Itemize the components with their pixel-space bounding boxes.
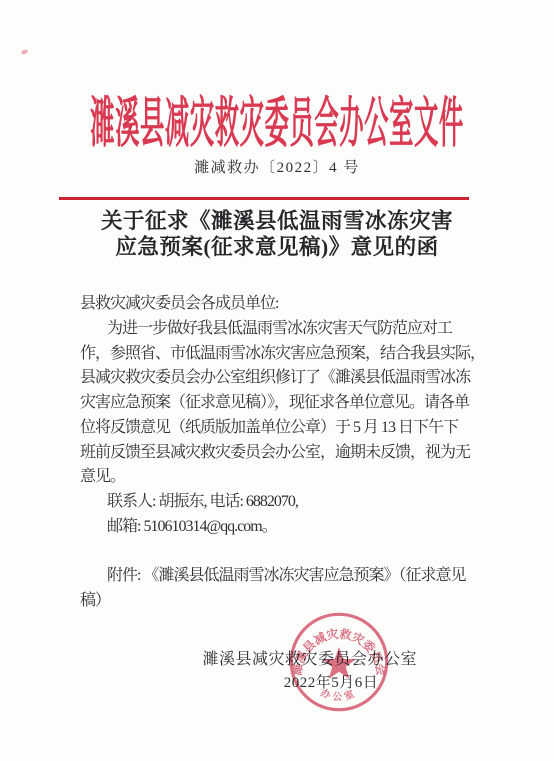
scan-artifact-speck — [21, 49, 29, 55]
paragraph-line: 班前反馈至县减灾救灾委员会办公室，逾期未反馈，视为无 — [80, 441, 464, 466]
document-body: 县救灾减灾委员会各成员单位: 为进一步做好我县低温雨雪冰冻灾害天气防范应对工 作… — [80, 292, 464, 614]
attachment-line-2: 稿） — [80, 589, 464, 614]
document-number: 濉减救办〔2022〕4 号 — [0, 156, 554, 177]
document-page: 濉溪县减灾救灾委员会办公室文件 濉减救办〔2022〕4 号 关于征求《濉溪县低温… — [0, 0, 554, 761]
official-seal-stamp: 濉溪县减灾救灾委员会 办公室 — [286, 609, 392, 715]
contact-info: 联系人: 胡振东, 电话: 6882070, 邮箱: 510610314@qq.… — [80, 490, 464, 540]
document-subject: 关于征求《濉溪县低温雨雪冰冻灾害 应急预案(征求意见稿)》意见的函 — [7, 208, 547, 260]
attachment-note: 附件: 《濉溪县低温雨雪冰冻灾害应急预案》（征求意见 稿） — [80, 564, 464, 614]
contact-person-phone: 联系人: 胡振东, 电话: 6882070, — [80, 490, 464, 515]
seal-bottom-text: 办公室 — [319, 686, 359, 703]
main-paragraph: 为进一步做好我县低温雨雪冰冻灾害天气防范应对工 作，参照省、市低温雨雪冰冻灾害应… — [80, 317, 464, 490]
salutation: 县救灾减灾委员会各成员单位: — [80, 292, 464, 317]
paragraph-line: 县减灾救灾委员会办公室组织修订了《濉溪县低温雨雪冰冻 — [80, 366, 464, 391]
paragraph-line: 灾害应急预案（征求意见稿）》，现征求各单位意见。请各单 — [80, 391, 464, 416]
contact-email: 邮箱: 510610314@qq.com。 — [80, 515, 464, 540]
paragraph-line: 意见。 — [80, 465, 464, 490]
red-divider-line — [59, 197, 469, 200]
paragraph-line: 为进一步做好我县低温雨雪冰冻灾害天气防范应对工 — [80, 317, 464, 342]
paragraph-line: 作，参照省、市低温雨雪冰冻灾害应急预案，结合我县实际， — [80, 342, 464, 367]
subject-line-2: 应急预案(征求意见稿)》意见的函 — [7, 234, 547, 260]
subject-line-1: 关于征求《濉溪县低温雨雪冰冻灾害 — [7, 208, 547, 234]
seal-star-icon — [322, 647, 356, 679]
paragraph-line: 位将反馈意见（纸质版加盖单位公章）于 5 月 13 日下午下 — [80, 416, 464, 441]
red-header-title: 濉溪县减灾救灾委员会办公室文件 — [90, 80, 464, 158]
attachment-line-1: 附件: 《濉溪县低温雨雪冰冻灾害应急预案》（征求意见 — [80, 564, 464, 589]
